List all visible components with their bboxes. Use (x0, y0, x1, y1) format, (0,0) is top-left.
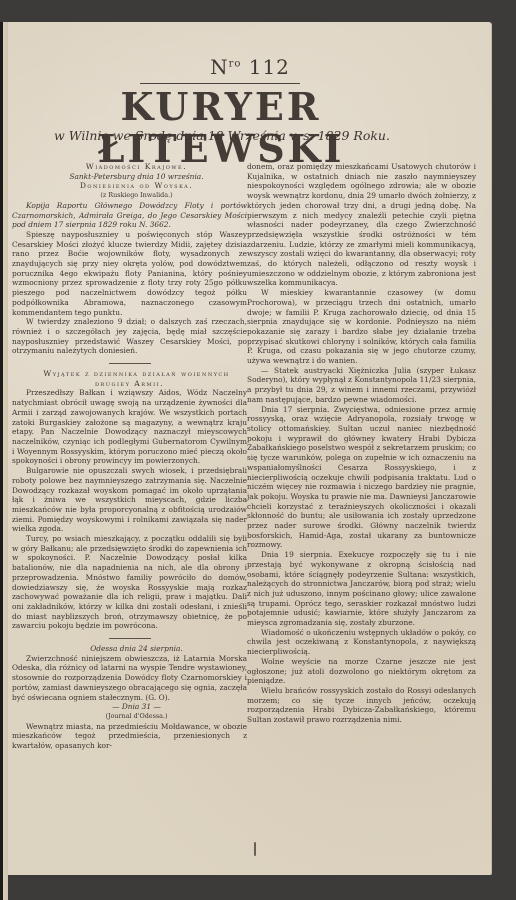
article-paragraph: W twierdzy znaleziono 9 dział; o dalszyc… (12, 317, 247, 356)
article-paragraph: Wiadomość o ukończeniu wstępnych układów… (247, 628, 476, 657)
article-paragraph: W mieskiey kwarantannie czasowey (w domu… (247, 288, 476, 366)
paper-blemish (254, 842, 256, 856)
report-title: Kopija Raportu Głównego Dowódzcy Floty i… (12, 201, 247, 230)
article-paragraph: — Statek austryacki Xiężniczka Julia (sz… (247, 366, 476, 405)
section-separator (109, 638, 151, 639)
binding-gutter (0, 22, 8, 900)
issue-label: N (210, 55, 229, 79)
article-paragraph: Przeszedłszy Bałkan i wziąwszy Aidos, Wó… (12, 388, 247, 466)
article-paragraph: Dnia 17 sierpnia. Zwycięstwa, odniesione… (247, 405, 476, 551)
source-note: (Journal d'Odessa.) (12, 712, 247, 722)
article-paragraph: donem, oraz pomiędzy mieszkańcami Usatow… (247, 162, 476, 288)
issue-number: Nro 112 (0, 55, 508, 79)
article-paragraph: Zwierzchność niniejszem obwieszcza, iż L… (12, 654, 247, 703)
dateline: w Wilnie we Srodę dnia 18 Września v. s.… (44, 128, 400, 143)
dateline-subheading: Odessa dnia 24 sierpnia. (12, 644, 247, 654)
source-note: (z Ruskiego Inwalida.) (12, 191, 247, 201)
right-column: donem, oraz pomiędzy mieszkańcami Usatow… (247, 162, 476, 725)
article-paragraph: Spieszę nayposłuszniey u poświęconych st… (12, 230, 247, 317)
article-paragraph: Wolne weyście na morze Czarne jeszcze ni… (247, 657, 476, 686)
left-column: Wiadomości Krajowe.Sankt-Petersburg dnia… (12, 162, 247, 751)
article-paragraph: Wewnątrz miasta, na przedmieściu Mołdawa… (12, 722, 247, 751)
dateline-subheading: Sankt-Petersburg dnia 10 września. (12, 172, 247, 182)
section-heading: Doniesienia od Woyska. (12, 181, 247, 191)
section-heading: Wyjątek z dziennika działań woiennych dr… (12, 369, 247, 388)
issue-sup: ro (229, 58, 242, 69)
article-paragraph: Bulgarowie nie opuszczali swych wiosek, … (12, 466, 247, 534)
article-paragraph: Wielu brańców rossyyskich zostało do Ros… (247, 686, 476, 725)
article-paragraph: Dnia 19 sierpnia. Exekucye rozpoczęły si… (247, 550, 476, 628)
dateline-subheading: — Dnia 31 — (12, 702, 247, 712)
section-separator (109, 363, 151, 364)
article-paragraph: Turcy, po wsiach mieszkający, z początku… (12, 534, 247, 631)
section-heading: Wiadomości Krajowe. (12, 162, 247, 172)
issue-number-value: 112 (249, 55, 290, 79)
